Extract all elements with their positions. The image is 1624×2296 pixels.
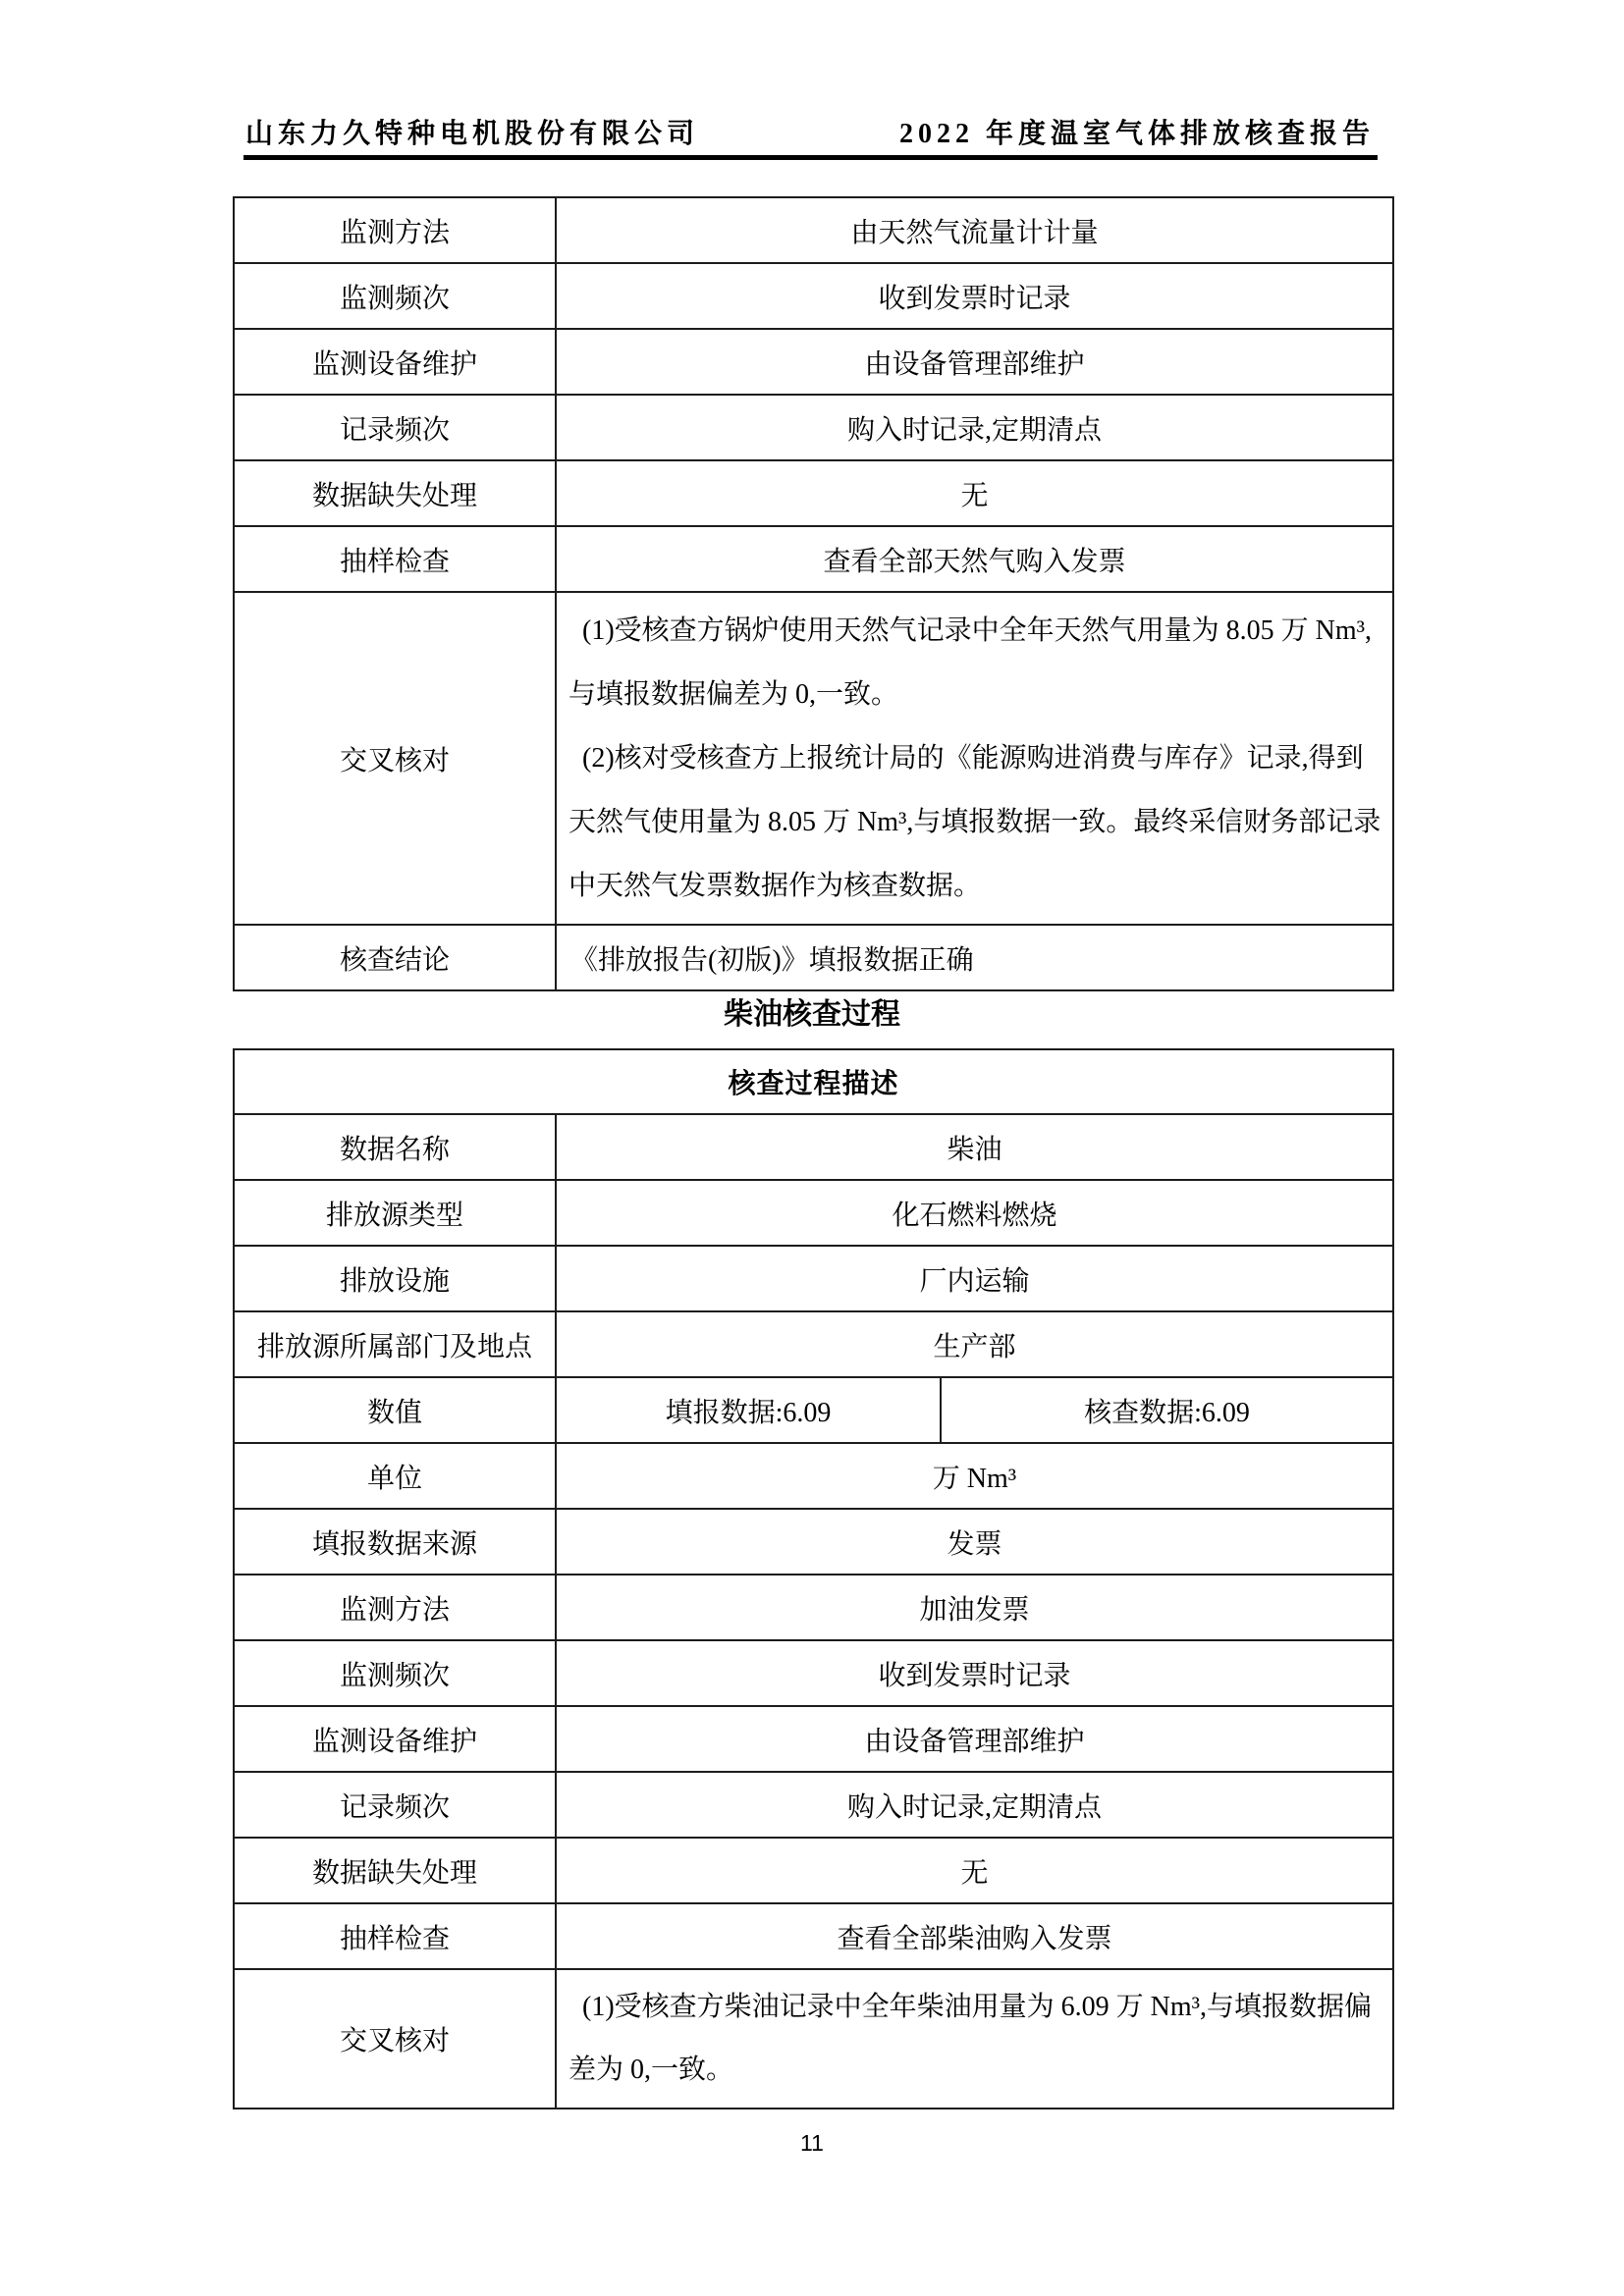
header-rule bbox=[244, 155, 1378, 160]
table-row: 抽样检查 查看全部天然气购入发票 bbox=[234, 526, 1393, 592]
cross-check-cell: (1)受核查方锅炉使用天然气记录中全年天然气用量为 8.05 万 Nm³,与填报… bbox=[556, 592, 1393, 925]
row-label: 核查结论 bbox=[234, 925, 556, 990]
row-value: 由设备管理部维护 bbox=[556, 1706, 1393, 1772]
table-header-row: 核查过程描述 bbox=[234, 1049, 1393, 1114]
table-row: 单位 万 Nm³ bbox=[234, 1443, 1393, 1509]
row-label: 监测设备维护 bbox=[234, 329, 556, 395]
cross-check-cell: (1)受核查方柴油记录中全年柴油用量为 6.09 万 Nm³,与填报数据偏差为 … bbox=[556, 1969, 1393, 2109]
page-header: 山东力久特种电机股份有限公司 2022 年度温室气体排放核查报告 bbox=[245, 112, 1375, 151]
cross-check-row: 交叉核对 (1)受核查方锅炉使用天然气记录中全年天然气用量为 8.05 万 Nm… bbox=[234, 592, 1393, 925]
row-value: 查看全部柴油购入发票 bbox=[556, 1903, 1393, 1969]
row-value: 收到发票时记录 bbox=[556, 1640, 1393, 1706]
row-label: 数据名称 bbox=[234, 1114, 556, 1180]
table-row: 抽样检查 查看全部柴油购入发票 bbox=[234, 1903, 1393, 1969]
row-value: 发票 bbox=[556, 1509, 1393, 1575]
row-value: 由天然气流量计计量 bbox=[556, 197, 1393, 263]
cross-check-paragraph: (1)受核查方锅炉使用天然气记录中全年天然气用量为 8.05 万 Nm³,与填报… bbox=[568, 599, 1382, 726]
table-row: 监测方法 由天然气流量计计量 bbox=[234, 197, 1393, 263]
row-label: 监测设备维护 bbox=[234, 1706, 556, 1772]
row-value: 查看全部天然气购入发票 bbox=[556, 526, 1393, 592]
row-label: 单位 bbox=[234, 1443, 556, 1509]
row-label: 交叉核对 bbox=[234, 592, 556, 925]
row-value: 收到发票时记录 bbox=[556, 263, 1393, 329]
table-row: 监测频次 收到发票时记录 bbox=[234, 1640, 1393, 1706]
verified-data-cell: 核查数据:6.09 bbox=[941, 1377, 1393, 1443]
row-value: 购入时记录,定期清点 bbox=[556, 395, 1393, 460]
row-label: 记录频次 bbox=[234, 1772, 556, 1838]
table-row: 监测设备维护 由设备管理部维护 bbox=[234, 329, 1393, 395]
table-row: 排放源类型 化石燃料燃烧 bbox=[234, 1180, 1393, 1246]
row-label: 交叉核对 bbox=[234, 1969, 556, 2109]
conclusion-row: 核查结论 《排放报告(初版)》填报数据正确 bbox=[234, 925, 1393, 990]
cross-check-paragraph: (1)受核查方柴油记录中全年柴油用量为 6.09 万 Nm³,与填报数据偏差为 … bbox=[568, 1976, 1382, 2102]
table-header-cell: 核查过程描述 bbox=[234, 1049, 1393, 1114]
row-label: 填报数据来源 bbox=[234, 1509, 556, 1575]
row-label: 数据缺失处理 bbox=[234, 460, 556, 526]
value-row: 数值 填报数据:6.09 核查数据:6.09 bbox=[234, 1377, 1393, 1443]
table-row: 数据缺失处理 无 bbox=[234, 1838, 1393, 1903]
row-label: 排放源所属部门及地点 bbox=[234, 1311, 556, 1377]
row-value: 生产部 bbox=[556, 1311, 1393, 1377]
row-label: 抽样检查 bbox=[234, 1903, 556, 1969]
table-row: 排放源所属部门及地点 生产部 bbox=[234, 1311, 1393, 1377]
page-number: 11 bbox=[0, 2130, 1624, 2157]
row-label: 数值 bbox=[234, 1377, 556, 1443]
row-label: 记录频次 bbox=[234, 395, 556, 460]
natural-gas-verification-table: 监测方法 由天然气流量计计量 监测频次 收到发票时记录 监测设备维护 由设备管理… bbox=[233, 196, 1394, 991]
row-value: 柴油 bbox=[556, 1114, 1393, 1180]
reported-data-cell: 填报数据:6.09 bbox=[556, 1377, 941, 1443]
header-report-title: 2022 年度温室气体排放核查报告 bbox=[899, 112, 1375, 151]
row-value: 购入时记录,定期清点 bbox=[556, 1772, 1393, 1838]
diesel-section-title: 柴油核查过程 bbox=[0, 989, 1624, 1033]
table-row: 数据名称 柴油 bbox=[234, 1114, 1393, 1180]
row-value: 化石燃料燃烧 bbox=[556, 1180, 1393, 1246]
row-value: 由设备管理部维护 bbox=[556, 329, 1393, 395]
row-label: 抽样检查 bbox=[234, 526, 556, 592]
row-value: 无 bbox=[556, 1838, 1393, 1903]
table-row: 监测方法 加油发票 bbox=[234, 1575, 1393, 1640]
diesel-verification-table: 核查过程描述 数据名称 柴油 排放源类型 化石燃料燃烧 排放设施 厂内运输 排放… bbox=[233, 1048, 1394, 2109]
table-row: 数据缺失处理 无 bbox=[234, 460, 1393, 526]
row-label: 监测方法 bbox=[234, 197, 556, 263]
row-label: 数据缺失处理 bbox=[234, 1838, 556, 1903]
table-row: 监测设备维护 由设备管理部维护 bbox=[234, 1706, 1393, 1772]
table-row: 监测频次 收到发票时记录 bbox=[234, 263, 1393, 329]
row-label: 排放源类型 bbox=[234, 1180, 556, 1246]
row-label: 监测频次 bbox=[234, 263, 556, 329]
table-row: 记录频次 购入时记录,定期清点 bbox=[234, 395, 1393, 460]
row-value: 万 Nm³ bbox=[556, 1443, 1393, 1509]
row-label: 监测频次 bbox=[234, 1640, 556, 1706]
document-page: 山东力久特种电机股份有限公司 2022 年度温室气体排放核查报告 监测方法 由天… bbox=[0, 0, 1624, 2296]
row-value: 无 bbox=[556, 460, 1393, 526]
conclusion-value: 《排放报告(初版)》填报数据正确 bbox=[556, 925, 1393, 990]
row-label: 排放设施 bbox=[234, 1246, 556, 1311]
header-company: 山东力久特种电机股份有限公司 bbox=[245, 112, 699, 151]
cross-check-paragraph: (2)核对受核查方上报统计局的《能源购进消费与库存》记录,得到天然气使用量为 8… bbox=[568, 726, 1382, 918]
cross-check-row: 交叉核对 (1)受核查方柴油记录中全年柴油用量为 6.09 万 Nm³,与填报数… bbox=[234, 1969, 1393, 2109]
table-row: 填报数据来源 发票 bbox=[234, 1509, 1393, 1575]
row-value: 加油发票 bbox=[556, 1575, 1393, 1640]
row-label: 监测方法 bbox=[234, 1575, 556, 1640]
table-row: 排放设施 厂内运输 bbox=[234, 1246, 1393, 1311]
row-value: 厂内运输 bbox=[556, 1246, 1393, 1311]
table-row: 记录频次 购入时记录,定期清点 bbox=[234, 1772, 1393, 1838]
